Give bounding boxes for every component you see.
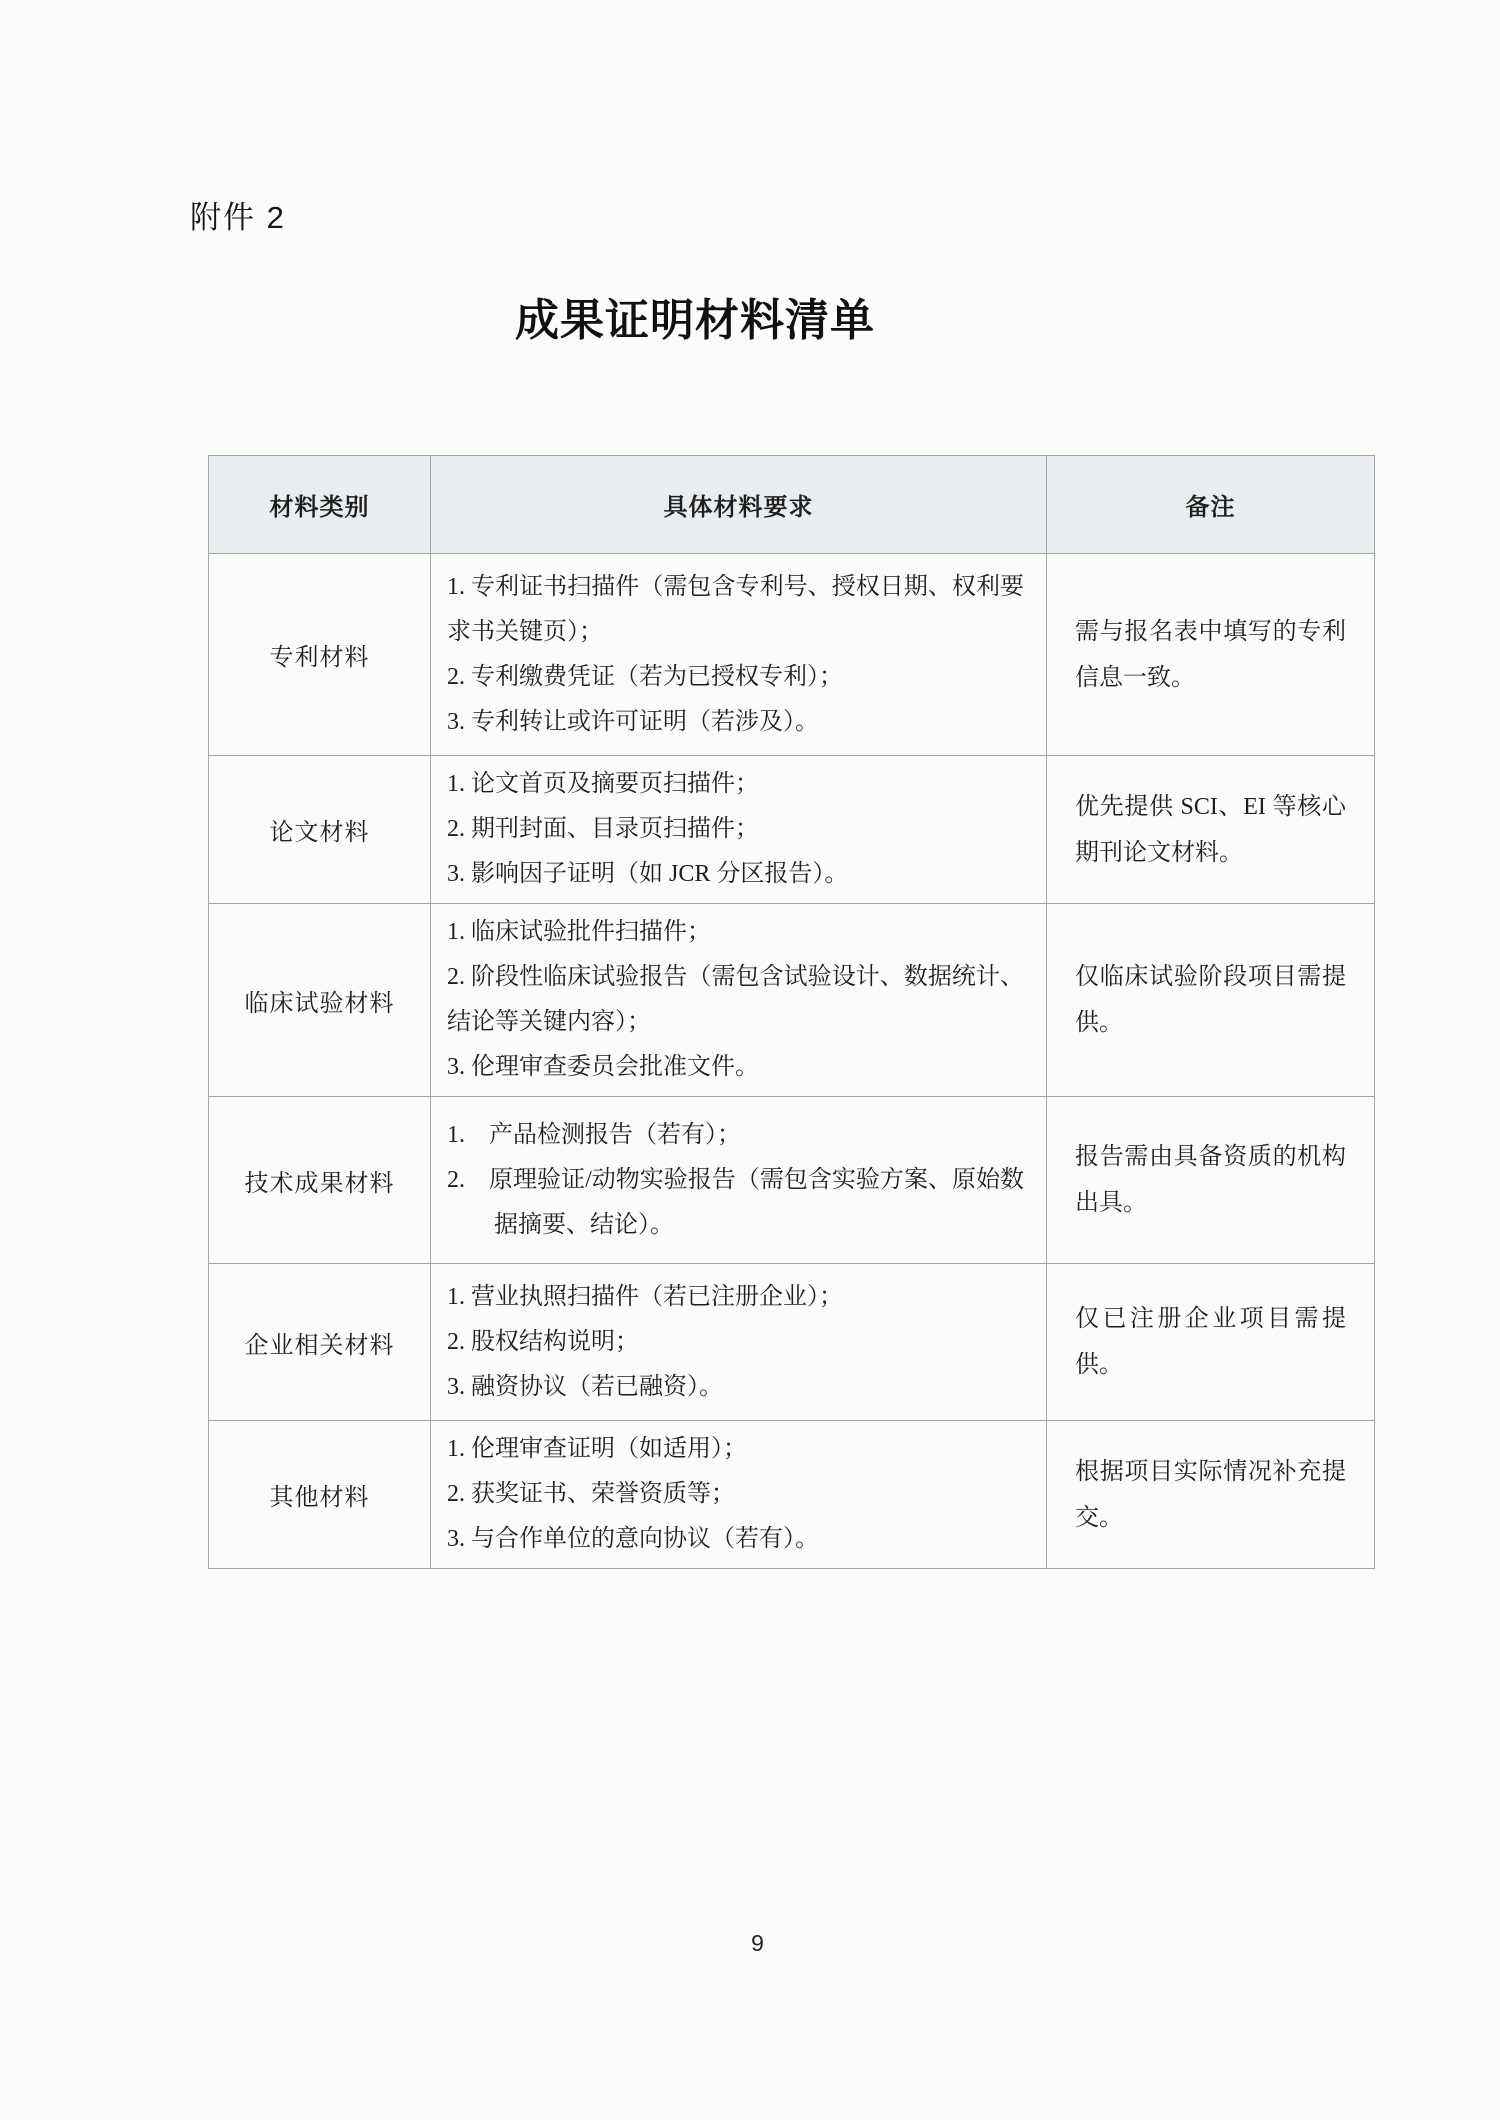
material-remark: 需与报名表中填写的专利信息一致。 [1047, 554, 1375, 756]
material-remark: 报告需由具备资质的机构出具。 [1047, 1097, 1375, 1264]
requirement-item: 3. 专利转让或许可证明（若涉及）。 [447, 700, 1024, 745]
table-body: 专利材料 1. 专利证书扫描件（需包含专利号、授权日期、权利要求书关键页）；2.… [209, 554, 1375, 1569]
requirement-item: 2. 期刊封面、目录页扫描件； [447, 807, 1024, 852]
table-row: 企业相关材料 1. 营业执照扫描件（若已注册企业）；2. 股权结构说明；3. 融… [209, 1264, 1375, 1421]
requirement-item: 1. 营业执照扫描件（若已注册企业）； [447, 1275, 1024, 1320]
requirement-item: 1. 论文首页及摘要页扫描件； [447, 762, 1024, 807]
requirement-item: 1. 产品检测报告（若有）； [447, 1113, 1024, 1158]
material-category: 企业相关材料 [209, 1264, 431, 1421]
table-header-row: 材料类别 具体材料要求 备注 [209, 456, 1375, 554]
material-remark: 根据项目实际情况补充提交。 [1047, 1421, 1375, 1569]
requirement-item: 3. 融资协议（若已融资）。 [447, 1365, 1024, 1410]
materials-table: 材料类别 具体材料要求 备注 专利材料 1. 专利证书扫描件（需包含专利号、授权… [208, 455, 1375, 1569]
requirement-item: 2. 原理验证/动物实验报告（需包含实验方案、原始数据摘要、结论）。 [447, 1158, 1024, 1248]
material-category: 专利材料 [209, 554, 431, 756]
material-requirements: 1. 营业执照扫描件（若已注册企业）；2. 股权结构说明；3. 融资协议（若已融… [431, 1264, 1047, 1421]
material-category: 论文材料 [209, 756, 431, 904]
material-remark: 优先提供 SCI、EI 等核心期刊论文材料。 [1047, 756, 1375, 904]
material-category: 其他材料 [209, 1421, 431, 1569]
document-page: 附件 2 成果证明材料清单 材料类别 具体材料要求 备注 专利材料 1. 专利证… [0, 0, 1500, 2120]
requirement-item: 3. 与合作单位的意向协议（若有）。 [447, 1517, 1024, 1562]
requirement-item: 2. 获奖证书、荣誉资质等； [447, 1472, 1024, 1517]
table-row: 专利材料 1. 专利证书扫描件（需包含专利号、授权日期、权利要求书关键页）；2.… [209, 554, 1375, 756]
table-row: 技术成果材料 1. 产品检测报告（若有）；2. 原理验证/动物实验报告（需包含实… [209, 1097, 1375, 1264]
table-row: 临床试验材料 1. 临床试验批件扫描件；2. 阶段性临床试验报告（需包含试验设计… [209, 904, 1375, 1097]
material-requirements: 1. 论文首页及摘要页扫描件；2. 期刊封面、目录页扫描件；3. 影响因子证明（… [431, 756, 1047, 904]
requirement-item: 1. 临床试验批件扫描件； [447, 910, 1024, 955]
header-remarks: 备注 [1047, 456, 1375, 554]
page-number: 9 [0, 1930, 1500, 1957]
attachment-label: 附件 2 [190, 192, 286, 237]
material-remark: 仅已注册企业项目需提供。 [1047, 1264, 1375, 1421]
requirement-item: 2. 股权结构说明； [447, 1320, 1024, 1365]
page-title: 成果证明材料清单 [0, 284, 1390, 348]
material-category: 技术成果材料 [209, 1097, 431, 1264]
table-row: 论文材料 1. 论文首页及摘要页扫描件；2. 期刊封面、目录页扫描件；3. 影响… [209, 756, 1375, 904]
material-requirements: 1. 专利证书扫描件（需包含专利号、授权日期、权利要求书关键页）；2. 专利缴费… [431, 554, 1047, 756]
requirement-item: 2. 专利缴费凭证（若为已授权专利）； [447, 655, 1024, 700]
material-category: 临床试验材料 [209, 904, 431, 1097]
material-requirements: 1. 产品检测报告（若有）；2. 原理验证/动物实验报告（需包含实验方案、原始数… [431, 1097, 1047, 1264]
material-requirements: 1. 临床试验批件扫描件；2. 阶段性临床试验报告（需包含试验设计、数据统计、结… [431, 904, 1047, 1097]
requirement-item: 3. 影响因子证明（如 JCR 分区报告）。 [447, 852, 1024, 897]
requirement-item: 2. 阶段性临床试验报告（需包含试验设计、数据统计、结论等关键内容）； [447, 955, 1024, 1045]
header-material-category: 材料类别 [209, 456, 431, 554]
material-remark: 仅临床试验阶段项目需提供。 [1047, 904, 1375, 1097]
requirement-item: 1. 伦理审查证明（如适用）； [447, 1427, 1024, 1472]
requirement-item: 1. 专利证书扫描件（需包含专利号、授权日期、权利要求书关键页）； [447, 565, 1024, 655]
material-requirements: 1. 伦理审查证明（如适用）；2. 获奖证书、荣誉资质等；3. 与合作单位的意向… [431, 1421, 1047, 1569]
header-material-requirements: 具体材料要求 [431, 456, 1047, 554]
requirement-item: 3. 伦理审查委员会批准文件。 [447, 1045, 1024, 1090]
table-row: 其他材料 1. 伦理审查证明（如适用）；2. 获奖证书、荣誉资质等；3. 与合作… [209, 1421, 1375, 1569]
